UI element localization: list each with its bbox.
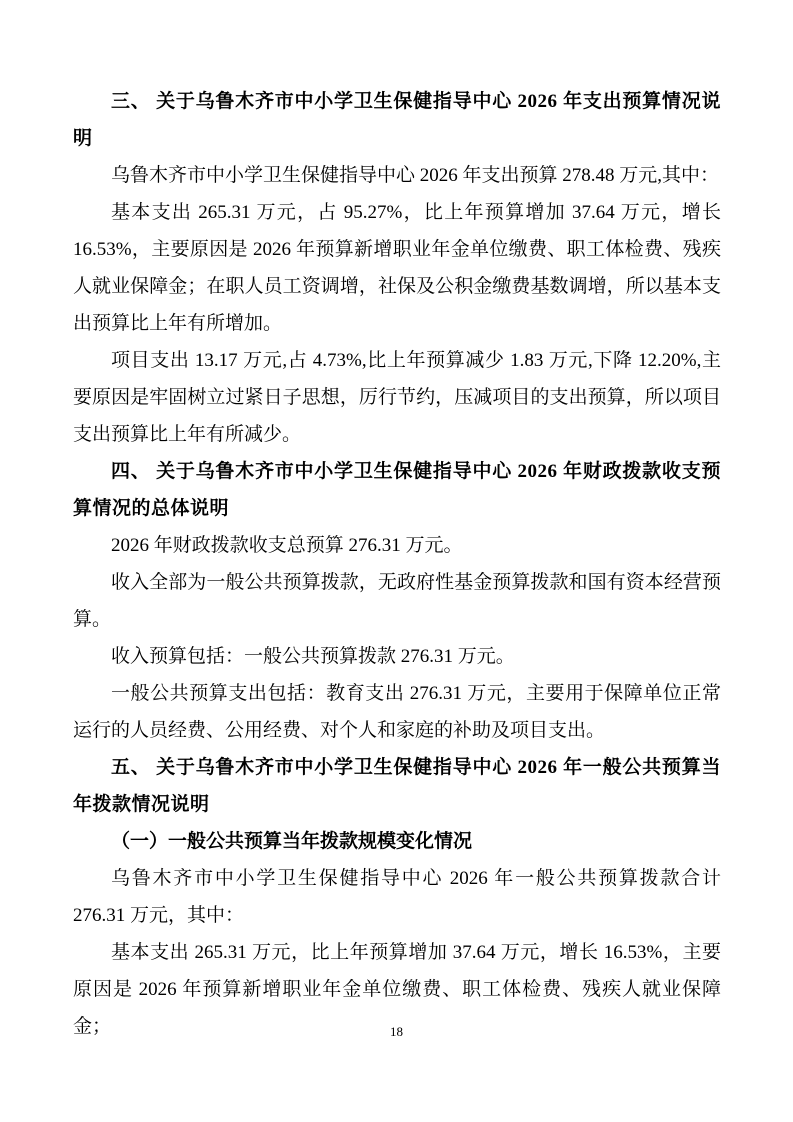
para-basic-expenditure: 基本支出 265.31 万元，占 95.27%，比上年预算增加 37.64 万元… <box>73 194 721 342</box>
heading-section-4: 四、 关于乌鲁木齐市中小学卫生保健指导中心 2026 年财政拨款收支预算情况的总… <box>73 453 721 527</box>
heading-section-3: 三、 关于乌鲁木齐市中小学卫生保健指导中心 2026 年支出预算情况说明 <box>73 83 721 157</box>
para-expenditure-budget-total: 乌鲁木齐市中小学卫生保健指导中心 2026 年支出预算 278.48 万元,其中… <box>73 157 721 194</box>
para-public-budget-expenditure: 一般公共预算支出包括：教育支出 276.31 万元，主要用于保障单位正常运行的人… <box>73 675 721 749</box>
subheading-5-1: （一）一般公共预算当年拨款规模变化情况 <box>73 823 721 860</box>
document-page: 三、 关于乌鲁木齐市中小学卫生保健指导中心 2026 年支出预算情况说明 乌鲁木… <box>0 0 793 1122</box>
page-number: 18 <box>0 1024 793 1040</box>
para-income-budget: 收入预算包括：一般公共预算拨款 276.31 万元。 <box>73 638 721 675</box>
para-project-expenditure: 项目支出 13.17 万元,占 4.73%,比上年预算减少 1.83 万元,下降… <box>73 342 721 453</box>
para-allocation-total: 乌鲁木齐市中小学卫生保健指导中心 2026 年一般公共预算拨款合计 276.31… <box>73 860 721 934</box>
document-body: 三、 关于乌鲁木齐市中小学卫生保健指导中心 2026 年支出预算情况说明 乌鲁木… <box>73 83 721 1045</box>
para-fiscal-appropriation-total: 2026 年财政拨款收支总预算 276.31 万元。 <box>73 527 721 564</box>
heading-section-5: 五、 关于乌鲁木齐市中小学卫生保健指导中心 2026 年一般公共预算当年拨款情况… <box>73 749 721 823</box>
para-income-source: 收入全部为一般公共预算拨款，无政府性基金预算拨款和国有资本经营预算。 <box>73 564 721 638</box>
